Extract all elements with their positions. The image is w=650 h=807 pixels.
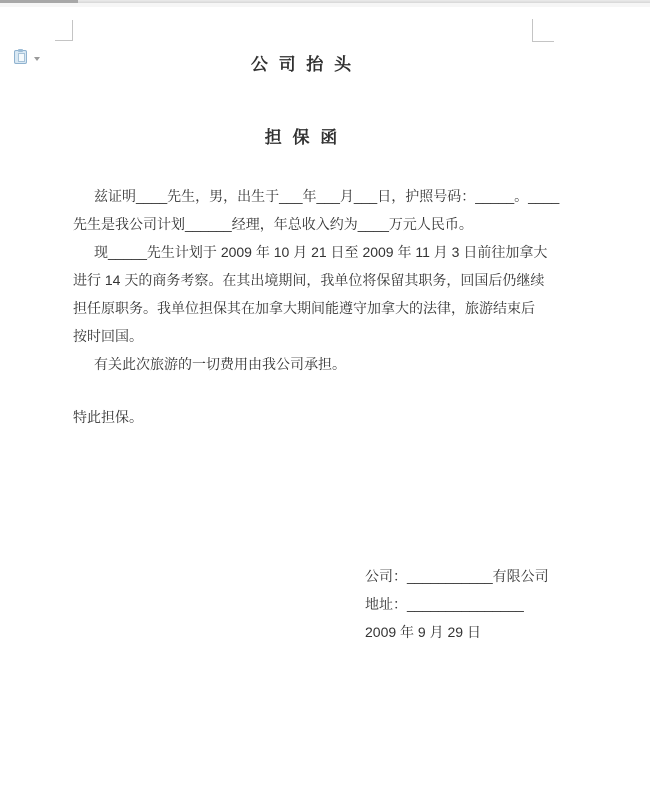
clipboard-sheet: [18, 53, 25, 62]
document-title: 担 保 函: [73, 123, 532, 148]
body-line-4: 进行 14 天的商务考察。在其出境期间，我单位将保留其职务，回国后仍继续: [73, 266, 543, 294]
body-line-5: 担任原职务。我单位担保其在加拿大期间能遵守加拿大的法律，旅游结束后: [73, 294, 543, 322]
body-line-1: 兹证明____先生，男，出生于___年___月___日，护照号码：_____。_…: [73, 182, 543, 210]
signature-date-line: 2009 年 9 月 29 日: [365, 618, 549, 646]
signature-block: 公司：___________有限公司 地址：_______________ 20…: [365, 562, 549, 646]
body-line-3: 现_____先生计划于 2009 年 10 月 21 日至 2009 年 11 …: [73, 238, 543, 266]
window-top-shadow-band: [0, 3, 650, 7]
chevron-down-icon[interactable]: [34, 57, 40, 61]
signature-address-line: 地址：_______________: [365, 590, 549, 618]
body-line-6: 按时回国。: [73, 322, 543, 350]
paste-options-button[interactable]: [13, 49, 43, 67]
letterhead-title: 公 司 抬 头: [73, 50, 532, 75]
text-boundary-mark-top-left: [55, 20, 73, 41]
letter-body: 兹证明____先生，男，出生于___年___月___日，护照号码：_____。_…: [73, 182, 543, 378]
clipboard-clip: [18, 49, 23, 52]
word-document-page: 公 司 抬 头 担 保 函 兹证明____先生，男，出生于___年___月___…: [0, 0, 650, 807]
body-line-2: 先生是我公司计划______经理，年总收入约为____万元人民币。: [73, 210, 543, 238]
signature-company-line: 公司：___________有限公司: [365, 562, 549, 590]
closing-line: 特此担保。: [73, 403, 143, 431]
text-boundary-mark-top-right: [532, 19, 554, 42]
body-line-7: 有关此次旅游的一切费用由我公司承担。: [73, 350, 543, 378]
clipboard-paste-icon: [14, 50, 27, 64]
